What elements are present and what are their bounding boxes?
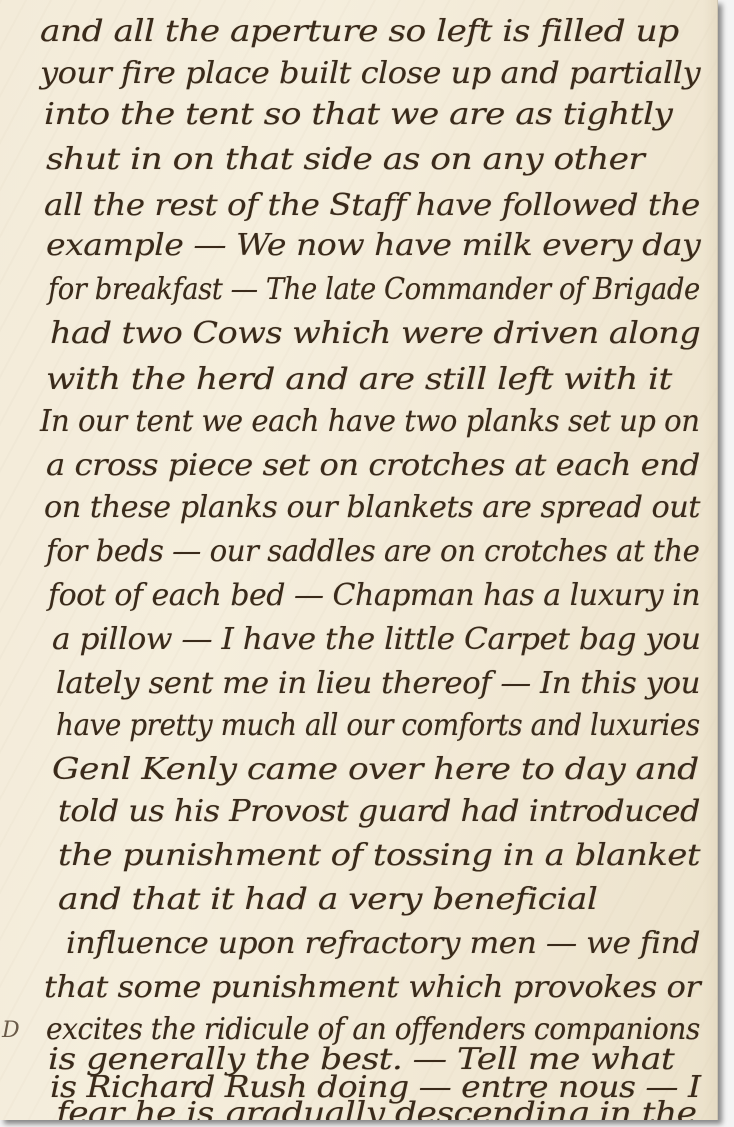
text-line: In our tent we each have two planks set … [40,404,699,439]
text-line: have pretty much all our comforts and lu… [56,708,700,743]
text-line: and all the aperture so left is filled u… [40,14,679,49]
text-line: told us his Provost guard had introduced [58,794,700,829]
text-line: example — We now have milk every day [46,228,700,263]
text-line: the punishment of tossing in a blanket [58,838,700,873]
text-line: into the tent so that we are as tightly [44,97,672,132]
margin-mark: D [2,1018,20,1043]
text-line: influence upon refractory men — we find [66,926,700,961]
text-line: your fire place built close up and parti… [40,56,700,91]
text-line: a pillow — I have the little Carpet bag … [52,622,700,657]
text-line: shut in on that side as on any other [46,142,644,177]
text-line: that some punishment which provokes or [44,970,700,1005]
scan-frame: and all the aperture so left is filled u… [0,0,734,1127]
text-line: foot of each bed — Chapman has a luxury … [48,578,700,613]
text-line: a cross piece set on crotches at each en… [46,448,700,483]
text-line: for beds — our saddles are on crotches a… [46,534,699,569]
text-line: lately sent me in lieu thereof — In this… [56,666,700,701]
text-line: for breakfast — The late Commander of Br… [48,272,700,307]
text-line: all the rest of the Staff have followed … [44,188,700,223]
text-line: and that it had a very beneficial [58,882,597,917]
text-line: Genl Kenly came over here to day and [52,752,699,787]
handwritten-text: and all the aperture so left is filled u… [0,0,717,1120]
text-line: fear he is gradually descending in the [56,1096,696,1120]
text-line: with the herd and are still left with it [46,362,672,397]
letter-page: and all the aperture so left is filled u… [0,0,718,1120]
text-line: on these planks our blankets are spread … [44,490,700,525]
text-line: had two Cows which were driven along [50,316,700,351]
